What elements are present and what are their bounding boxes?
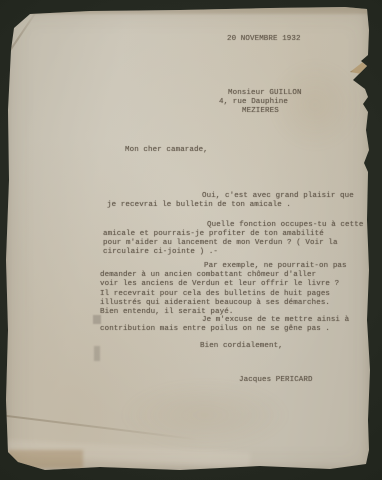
paper-crease-top-left [0, 8, 39, 102]
body-line: pour m'aider au lancement de mon Verdun … [103, 239, 338, 248]
recipient-street: 4, rue Dauphine [219, 98, 288, 107]
paper-crease-bottom-left [0, 414, 198, 441]
body-line: contribution mais entre poilus on ne se … [100, 325, 330, 334]
date-line: 20 NOVEMBRE 1932 [227, 35, 301, 44]
body-line: Je m'excuse de te mettre ainsi à [202, 316, 349, 325]
body-line: amicale et pourrais-je profiter de ton a… [103, 230, 324, 239]
body-line: Par exemple, ne pourrait-on pas [204, 262, 347, 271]
paper-torn-edge-bottom-left [8, 450, 83, 468]
recipient-city: MEZIERES [242, 107, 279, 116]
recipient-name: Monsieur GUILLON [228, 89, 302, 98]
body-line: Il recevrait pour cela des bulletins de … [100, 290, 330, 299]
margin-smudge [94, 346, 100, 361]
body-line: illustrés qui aideraient beaucoup à ses … [100, 299, 330, 308]
paper-edge-top [10, 7, 370, 14]
salutation: Mon cher camarade, [125, 146, 208, 155]
paper-fold-highlight [0, 439, 250, 467]
body-line: voir les anciens de Verdun et leur offri… [100, 280, 339, 289]
paper-torn-flap-right [350, 58, 368, 75]
paper-stain-bottom [120, 380, 290, 450]
closing: Bien cordialement, [200, 342, 283, 351]
signature: Jacques PERICARD [239, 376, 313, 385]
body-line: circulaire ci-jointe ) .- [103, 248, 218, 257]
scan-background: 20 NOVEMBRE 1932 Monsieur GUILLON 4, rue… [0, 0, 382, 480]
body-line: Quelle fonction occupes-tu à cette [207, 221, 363, 230]
body-line: je recevrai le bulletin de ton amicale . [107, 201, 291, 210]
body-line: demander à un ancien combattant chômeur … [100, 271, 316, 280]
letter-paper: 20 NOVEMBRE 1932 Monsieur GUILLON 4, rue… [0, 0, 382, 480]
body-line: Oui, c'est avec grand plaisir que [202, 192, 354, 201]
